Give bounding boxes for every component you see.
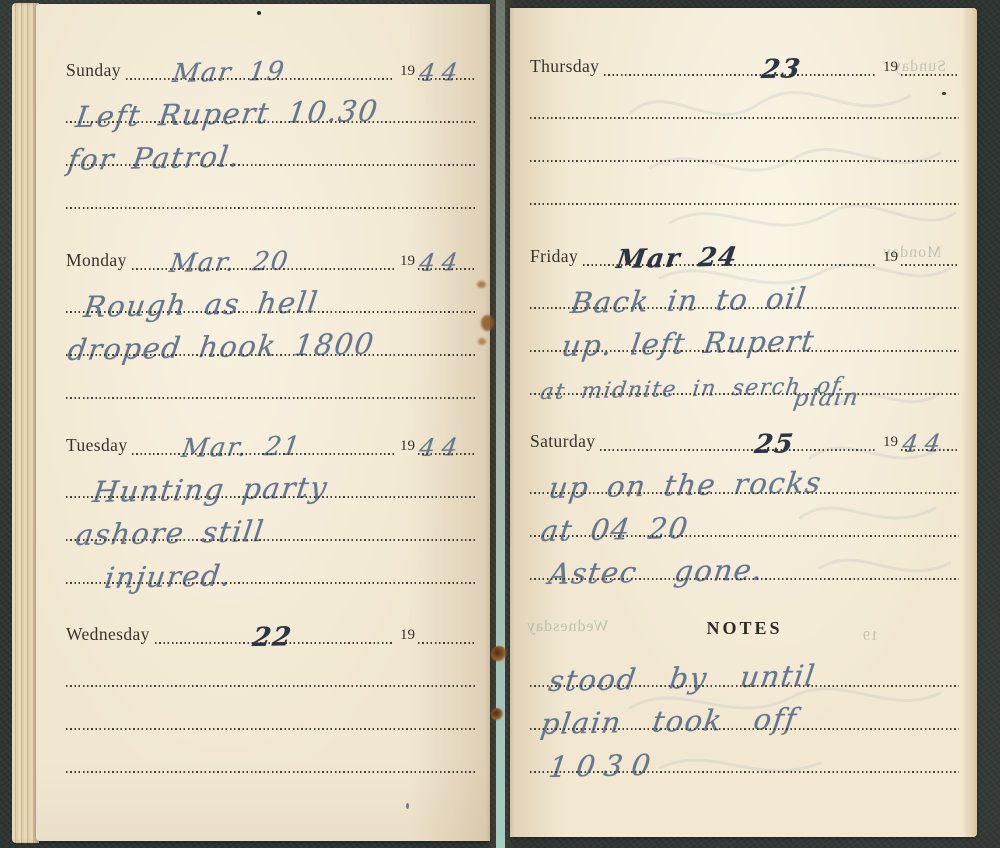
date-rule: 22 bbox=[155, 610, 394, 644]
printed-year-prefix: 19 bbox=[394, 64, 418, 80]
writing-line: up on the rocks bbox=[530, 451, 959, 494]
year-rule bbox=[418, 610, 476, 644]
day-header-row: Saturday 25 19 44 bbox=[530, 417, 959, 451]
writing-line: at midnite in serch of bbox=[530, 352, 959, 395]
writing-line bbox=[530, 162, 959, 205]
diary-section-monday: Monday Mar. 20 19 44 Rough as hell drope… bbox=[66, 236, 476, 399]
writing-line: plain took off bbox=[530, 687, 959, 730]
diary-section-saturday: Saturday 25 19 44 up on the rocks at 04 … bbox=[530, 417, 959, 580]
writing-line: droped hook 1800 bbox=[66, 313, 476, 356]
day-label: Saturday bbox=[530, 433, 600, 452]
year-rule bbox=[901, 42, 959, 76]
printed-year-prefix: 19 bbox=[877, 250, 901, 266]
diary-page-left: Sunday Mar 19 19 44 Left Rupert 10.30 fo… bbox=[36, 4, 490, 841]
writing-line: for Patrol. bbox=[66, 123, 476, 166]
writing-line: Left Rupert 10.30 bbox=[66, 80, 476, 123]
date-rule: Mar 19 bbox=[126, 46, 394, 80]
printed-year-prefix: 19 bbox=[394, 439, 418, 455]
day-header-row: Wednesday 22 19 bbox=[66, 610, 476, 644]
date-rule: 23 bbox=[604, 42, 877, 76]
writing-line: up. left Rupert bbox=[530, 309, 959, 352]
handwritten-carryover-word: plain bbox=[792, 387, 861, 411]
day-header-row: Tuesday Mar. 21 19 44 bbox=[66, 421, 476, 455]
writing-line bbox=[530, 76, 959, 119]
printed-year-prefix: 19 bbox=[394, 628, 418, 644]
day-header-row: Sunday Mar 19 19 44 bbox=[66, 46, 476, 80]
ink-speck bbox=[942, 92, 946, 95]
day-header-row: Thursday 23 19 bbox=[530, 42, 959, 76]
book-binding-gutter bbox=[485, 0, 515, 848]
binding-staple bbox=[491, 708, 503, 721]
diary-page-right: Sunday Monday Wednesday 19 Thursday 23 1… bbox=[510, 8, 977, 837]
writing-line bbox=[66, 687, 476, 730]
writing-line: Back in to oil bbox=[530, 266, 959, 309]
diary-section-friday: Friday Mar 24 19 Back in to oil up. left… bbox=[530, 232, 959, 395]
diary-book: Sunday Mar 19 19 44 Left Rupert 10.30 fo… bbox=[0, 0, 1000, 848]
binding-staple bbox=[491, 646, 507, 662]
writing-line: ashore still bbox=[66, 498, 476, 541]
date-rule: Mar. 21 bbox=[132, 421, 394, 455]
date-rule: Mar 24 bbox=[583, 232, 877, 266]
date-rule: 25 bbox=[600, 417, 877, 451]
handwritten-entry: Astec gone. bbox=[547, 556, 765, 589]
notes-title: NOTES bbox=[530, 606, 959, 644]
day-label: Monday bbox=[66, 252, 132, 271]
day-label: Sunday bbox=[66, 62, 126, 81]
writing-line: Astec gone. bbox=[530, 537, 959, 580]
foxing-spot bbox=[481, 315, 494, 331]
printed-year-prefix: 19 bbox=[394, 254, 418, 270]
writing-line bbox=[66, 166, 476, 209]
day-header-row: Friday Mar 24 19 bbox=[530, 232, 959, 266]
date-rule: Mar. 20 bbox=[132, 236, 394, 270]
writing-line bbox=[66, 356, 476, 399]
writing-line bbox=[530, 119, 959, 162]
day-header-row: Monday Mar. 20 19 44 bbox=[66, 236, 476, 270]
foxing-spot bbox=[477, 281, 486, 288]
day-label: Thursday bbox=[530, 58, 604, 77]
diary-section-tuesday: Tuesday Mar. 21 19 44 Hunting party asho… bbox=[66, 421, 476, 584]
day-label: Tuesday bbox=[66, 437, 132, 456]
writing-line: Rough as hell bbox=[66, 270, 476, 313]
page-edge-stack bbox=[12, 3, 39, 843]
year-rule: 44 bbox=[418, 46, 476, 80]
day-label: Friday bbox=[530, 248, 583, 267]
writing-line: at 04 20 bbox=[530, 494, 959, 537]
day-label: Wednesday bbox=[66, 626, 155, 645]
year-rule bbox=[901, 232, 959, 266]
diary-section-sunday: Sunday Mar 19 19 44 Left Rupert 10.30 fo… bbox=[66, 46, 476, 209]
printed-year-prefix: 19 bbox=[877, 435, 901, 451]
writing-line: Hunting party bbox=[66, 455, 476, 498]
ink-speck bbox=[406, 803, 409, 809]
writing-line: injured. bbox=[66, 541, 476, 584]
ink-speck bbox=[257, 11, 261, 15]
writing-line: 1030 bbox=[530, 730, 959, 773]
writing-line bbox=[66, 644, 476, 687]
year-rule: 44 bbox=[418, 236, 476, 270]
notes-section: NOTES stood by until plain took off 1030 bbox=[530, 606, 959, 773]
writing-line bbox=[66, 730, 476, 773]
handwritten-entry: injured. bbox=[103, 561, 234, 593]
year-rule: 44 bbox=[418, 421, 476, 455]
handwritten-note: 1030 bbox=[547, 751, 661, 782]
diary-section-wednesday: Wednesday 22 19 bbox=[66, 610, 476, 773]
writing-line: stood by until bbox=[530, 644, 959, 687]
foxing-spot bbox=[478, 338, 486, 345]
diary-section-thursday: Thursday 23 19 bbox=[530, 42, 959, 205]
printed-year-prefix: 19 bbox=[877, 60, 901, 76]
year-rule: 44 bbox=[901, 417, 959, 451]
